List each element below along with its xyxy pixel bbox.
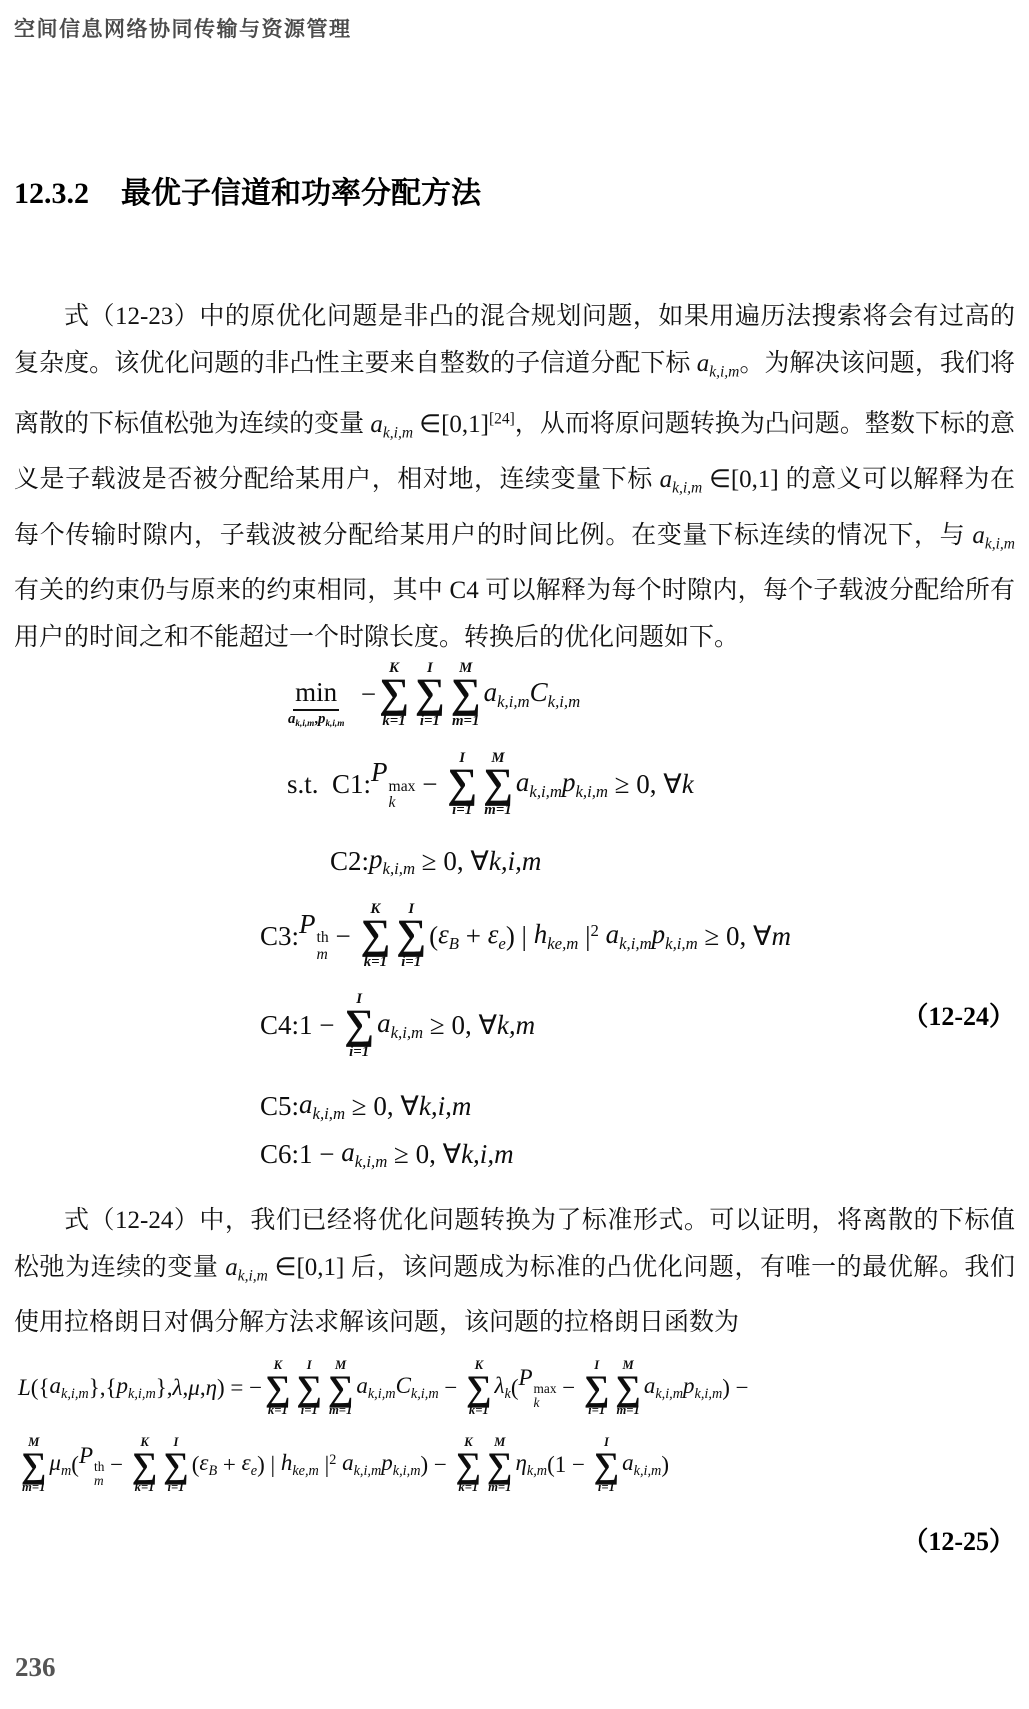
equation-line: minak,i,m,pk,i,m −K∑k=1I∑i=1M∑m=1ak,i,mC…	[285, 660, 1015, 730]
page-number: 236	[15, 1652, 56, 1683]
running-header: 空间信息网络协同传输与资源管理	[14, 13, 352, 43]
equation-12-25-lines: L({ak,i,m},{pk,i,m},λ,μ,η) = −K∑k=1I∑i=1…	[14, 1358, 1015, 1495]
section-title: 最优子信道和功率分配方法	[121, 168, 481, 212]
equation-12-24: minak,i,m,pk,i,m −K∑k=1I∑i=1M∑m=1ak,i,mC…	[14, 660, 1015, 1173]
document-page: 空间信息网络协同传输与资源管理 12.3.2 最优子信道和功率分配方法 式（12…	[0, 0, 1029, 1709]
section-number: 12.3.2	[14, 177, 89, 211]
section-heading: 12.3.2 最优子信道和功率分配方法	[14, 168, 481, 212]
equation-line: C3:Pthm − K∑k=1I∑i=1(εB + εe) | hke,m |2…	[260, 901, 1015, 971]
equation-line: C5:ak,i,m ≥ 0, ∀k,i,m	[260, 1089, 1015, 1125]
paragraph-2: 式（12-24）中，我们已经将优化问题转换为了标准形式。可以证明，将离散的下标值…	[14, 1197, 1015, 1346]
equation-tag-12-24: （12-24）	[902, 996, 1015, 1033]
equation-line: C6:1 − ak,i,m ≥ 0, ∀k,i,m	[260, 1137, 1015, 1173]
equation-line: s.t. C1:Pmaxk − I∑i=1M∑m=1ak,i,mpk,i,m ≥…	[287, 750, 1015, 820]
equation-12-25: L({ak,i,m},{pk,i,m},λ,μ,η) = −K∑k=1I∑i=1…	[14, 1358, 1015, 1558]
equation-line: L({ak,i,m},{pk,i,m},λ,μ,η) = −K∑k=1I∑i=1…	[18, 1358, 1015, 1417]
paragraph-1: 式（12-23）中的原优化问题是非凸的混合规划问题，如果用遍历法搜索将会有过高的…	[14, 293, 1015, 661]
equation-12-24-lines: minak,i,m,pk,i,m −K∑k=1I∑i=1M∑m=1ak,i,mC…	[14, 660, 1015, 1173]
equation-line: M∑m=1μm(Pthm − K∑k=1I∑i=1(εB + εe) | hke…	[18, 1435, 1015, 1494]
equation-line: C2:pk,i,m ≥ 0, ∀k,i,m	[330, 843, 1015, 879]
equation-tag-12-25: （12-25）	[14, 1521, 1015, 1558]
